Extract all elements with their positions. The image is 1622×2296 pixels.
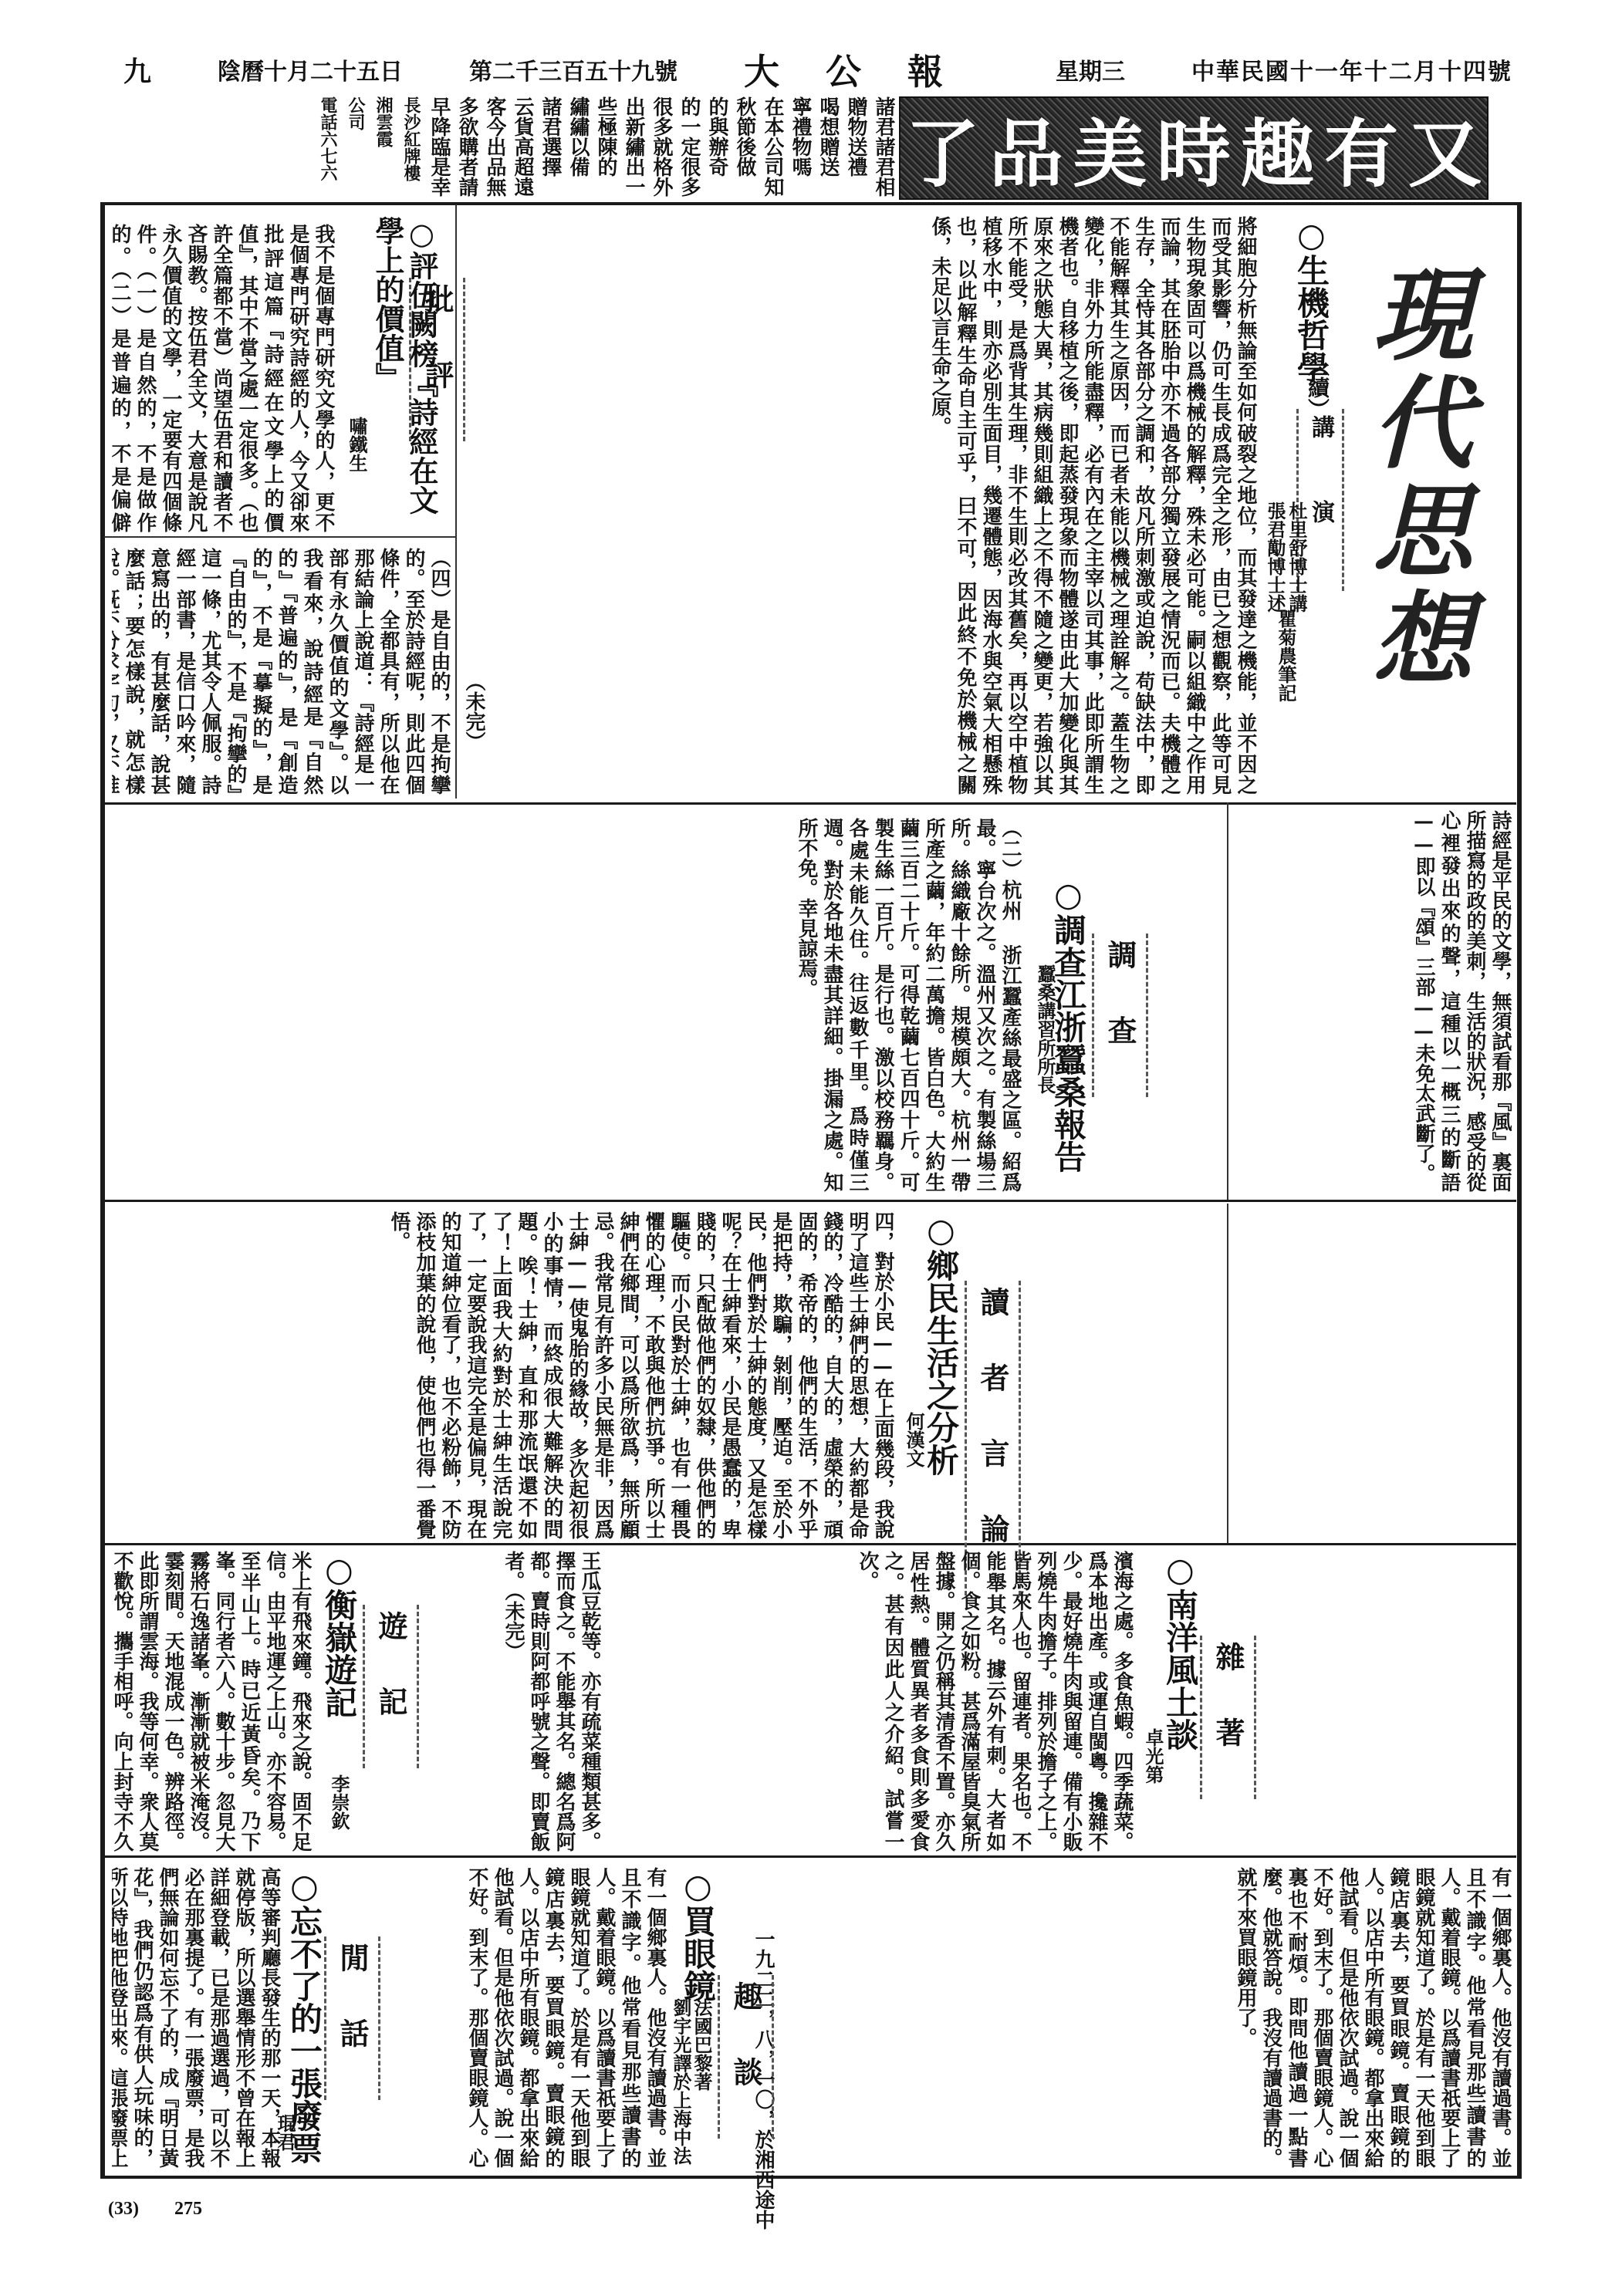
byline: 法國巴黎著 bbox=[691, 1998, 712, 2091]
criticism-divider bbox=[104, 536, 455, 538]
article-body: 我不是個專門研究文學的人，更不是個專門研究詩經的人，今又卻來批評這篇『詩經在文學… bbox=[112, 224, 336, 532]
banner-char: 趣 bbox=[1241, 96, 1315, 201]
section-label-investigation: 調查 bbox=[1092, 934, 1148, 1097]
ad-contact-column: 湘雲霞 bbox=[372, 96, 395, 197]
banner-char: 美 bbox=[1073, 96, 1147, 201]
byline: 李崇欽 bbox=[328, 1774, 350, 1830]
article-body: （四）是自由的，不是拘攣的。至於詩經呢，則此四個條件，全都具有，所以他在那結論上… bbox=[112, 548, 451, 795]
right-border bbox=[1517, 202, 1522, 2177]
end-note: （未完） bbox=[463, 671, 485, 751]
banner-char: 品 bbox=[989, 96, 1063, 201]
ad-column: 的與辦奇 bbox=[705, 96, 728, 197]
masthead-lunar-date: 陰曆十月二十五日 bbox=[218, 52, 403, 86]
bottom-border bbox=[100, 2176, 1522, 2179]
section-label-readers-forum: 讀者言論 bbox=[965, 1281, 1021, 1595]
tier-divider-1 bbox=[104, 802, 1516, 805]
section-title-modern-thought: 現代思想 bbox=[1343, 262, 1487, 694]
article-body: 四，對於小民——在上面幾段，我說明了這些士紳們的思想，大約都是命錢的，冷酷的，自… bbox=[112, 1211, 895, 1539]
article-body: 濱海之處。多食魚蝦。四季蔬菜。爲本地出產。或運自閩粵。攙雜不少。最好燒牛肉與留連… bbox=[610, 1551, 1134, 1852]
page-number-footer: 275 bbox=[174, 2199, 202, 2219]
tier-divider-4 bbox=[104, 1855, 1516, 1858]
banner-char: 時 bbox=[1157, 96, 1231, 201]
article-title: ○南洋風土談 bbox=[1161, 1551, 1198, 1751]
article-body: （二）杭州 浙江蠶產絲最盛之區。紹爲最。寧台次之。溫州又次之。有製絲場三所。絲織… bbox=[112, 818, 1022, 1192]
article-body: 有一個鄉裏人。他沒有讀過書。並且不識字。他常看見那些讀書的人。戴着眼鏡。以爲讀書… bbox=[463, 1867, 667, 2168]
ad-contact-column: 長沙紅牌樓 bbox=[400, 96, 423, 197]
byline: 卓光第 bbox=[1142, 1728, 1164, 1784]
ad-column: 贈物送禮 bbox=[844, 96, 867, 197]
byline: 蠶桑講習所所長 bbox=[1034, 964, 1056, 1094]
article-title: ○鄉民生活之分析 bbox=[922, 1211, 959, 1476]
byline: 何漢文 bbox=[903, 1412, 924, 1467]
ad-column: 諸君選擇 bbox=[539, 96, 562, 197]
ad-column: 很多就格外 bbox=[650, 96, 673, 197]
byline: 劉宇光譯於上海中法 bbox=[670, 1998, 691, 2165]
section-label-humor: 趣談 bbox=[718, 1975, 774, 2139]
page-footer: (33) 275 bbox=[108, 2199, 233, 2220]
ad-column: 繡繡以備 bbox=[566, 96, 590, 197]
article-title: ○買眼鏡 bbox=[679, 1867, 716, 2002]
top-divider bbox=[100, 202, 1520, 205]
ad-contact-column: 電話六七六 bbox=[316, 96, 340, 197]
paper-name: 大公報 bbox=[744, 44, 989, 95]
banner-advertisement: 又 有 趣 時 美 品 了 bbox=[899, 96, 1489, 200]
ad-column: 些極陳的 bbox=[594, 96, 617, 197]
section-label-travel: 遊記 bbox=[363, 1605, 419, 1768]
column-divider bbox=[1227, 1204, 1228, 1543]
masthead-date: 中華民國十一年十二月十四號 bbox=[1191, 52, 1512, 86]
article-body: 高等審判廳長發生的那一天，本報就停版，所以選舉情形不曾在報上詳細登載，已是那過選… bbox=[112, 1867, 282, 2168]
masthead-weekday: 星期三 bbox=[1056, 52, 1125, 86]
ad-column: 秋節後做 bbox=[733, 96, 756, 197]
article-body: 將細胞分析無論至如何破裂之地位，而其發達之機能，並不因之而受其影響，仍可生長成爲… bbox=[467, 216, 1258, 795]
masthead-issue: 第二千三百五十九號 bbox=[469, 52, 678, 86]
banner-char: 了 bbox=[905, 96, 979, 201]
advertisement-text: 諸君諸君相 贈物送禮 喝想贈送 寧禮物嗎 在本公司知 秋節後做 的與辦奇 的一定… bbox=[108, 96, 895, 197]
article-title: ○衡嶽遊記 bbox=[320, 1551, 357, 1718]
ad-column: 云貨高超遠 bbox=[511, 96, 534, 197]
ad-column: 多欲購者請 bbox=[455, 96, 478, 197]
section-label-chat: 閒話 bbox=[324, 1936, 380, 2100]
section-label-miscellany: 雜著 bbox=[1200, 1636, 1256, 1799]
ad-contact-column: 公司 bbox=[344, 96, 367, 197]
byline: 嘯鐵生 bbox=[346, 417, 367, 472]
ad-column: 的一定很多 bbox=[678, 96, 701, 197]
tier-divider-3 bbox=[104, 1543, 1516, 1545]
left-border bbox=[100, 202, 105, 2177]
article-body: 王瓜豆乾等。亦有疏菜種類甚多。擇而食之。不能舉其名。總名爲阿都。賣時則阿都呼號之… bbox=[432, 1551, 602, 1852]
ad-column: 早降臨是幸 bbox=[427, 96, 451, 197]
byline: 杜里舒博士講 bbox=[1286, 501, 1307, 613]
banner-char: 又 bbox=[1408, 96, 1482, 201]
byline: 瞿菊農筆記 bbox=[1275, 609, 1296, 702]
volume-number: (33) bbox=[108, 2199, 139, 2219]
article-body: 米上有飛來鐘。飛來之說。固不足信。由平地運之上山。亦不容易。至半山上。時已近黃昏… bbox=[112, 1551, 313, 1852]
ad-column: 諸君諸君相 bbox=[872, 96, 895, 197]
ad-column: 喝想贈送 bbox=[816, 96, 840, 197]
byline: 張君勱博士述 bbox=[1264, 501, 1286, 613]
page-number: 九 bbox=[123, 50, 151, 89]
tier-divider-2 bbox=[104, 1200, 1516, 1202]
ad-column: 在本公司知 bbox=[761, 96, 784, 197]
article-title: ○評伍闕榜『詩經在文學上的價值』 bbox=[370, 216, 438, 532]
ad-column: 出新繡出一 bbox=[622, 96, 645, 197]
column-divider bbox=[1227, 802, 1228, 1200]
ad-column: 寧禮物嗎 bbox=[789, 96, 812, 197]
masthead: 中華民國十一年十二月十四號 星期三 大公報 第二千三百五十九號 陰曆十月二十五日… bbox=[123, 46, 1512, 93]
article-body: 詩經是平民的文學，無須試看那『風』裏面所描寫的政的美刺，生活的狀況，感受的從心裡… bbox=[1235, 810, 1512, 1192]
continued-marker: （續） bbox=[1299, 355, 1336, 420]
banner-char: 有 bbox=[1324, 96, 1398, 201]
article-body: 有一個鄉裏人。他沒有讀過書。並且不識字。他常看見那些讀書的人。戴着眼鏡。以爲讀書… bbox=[772, 1867, 1512, 2168]
ad-column: 客今出品無 bbox=[483, 96, 506, 197]
